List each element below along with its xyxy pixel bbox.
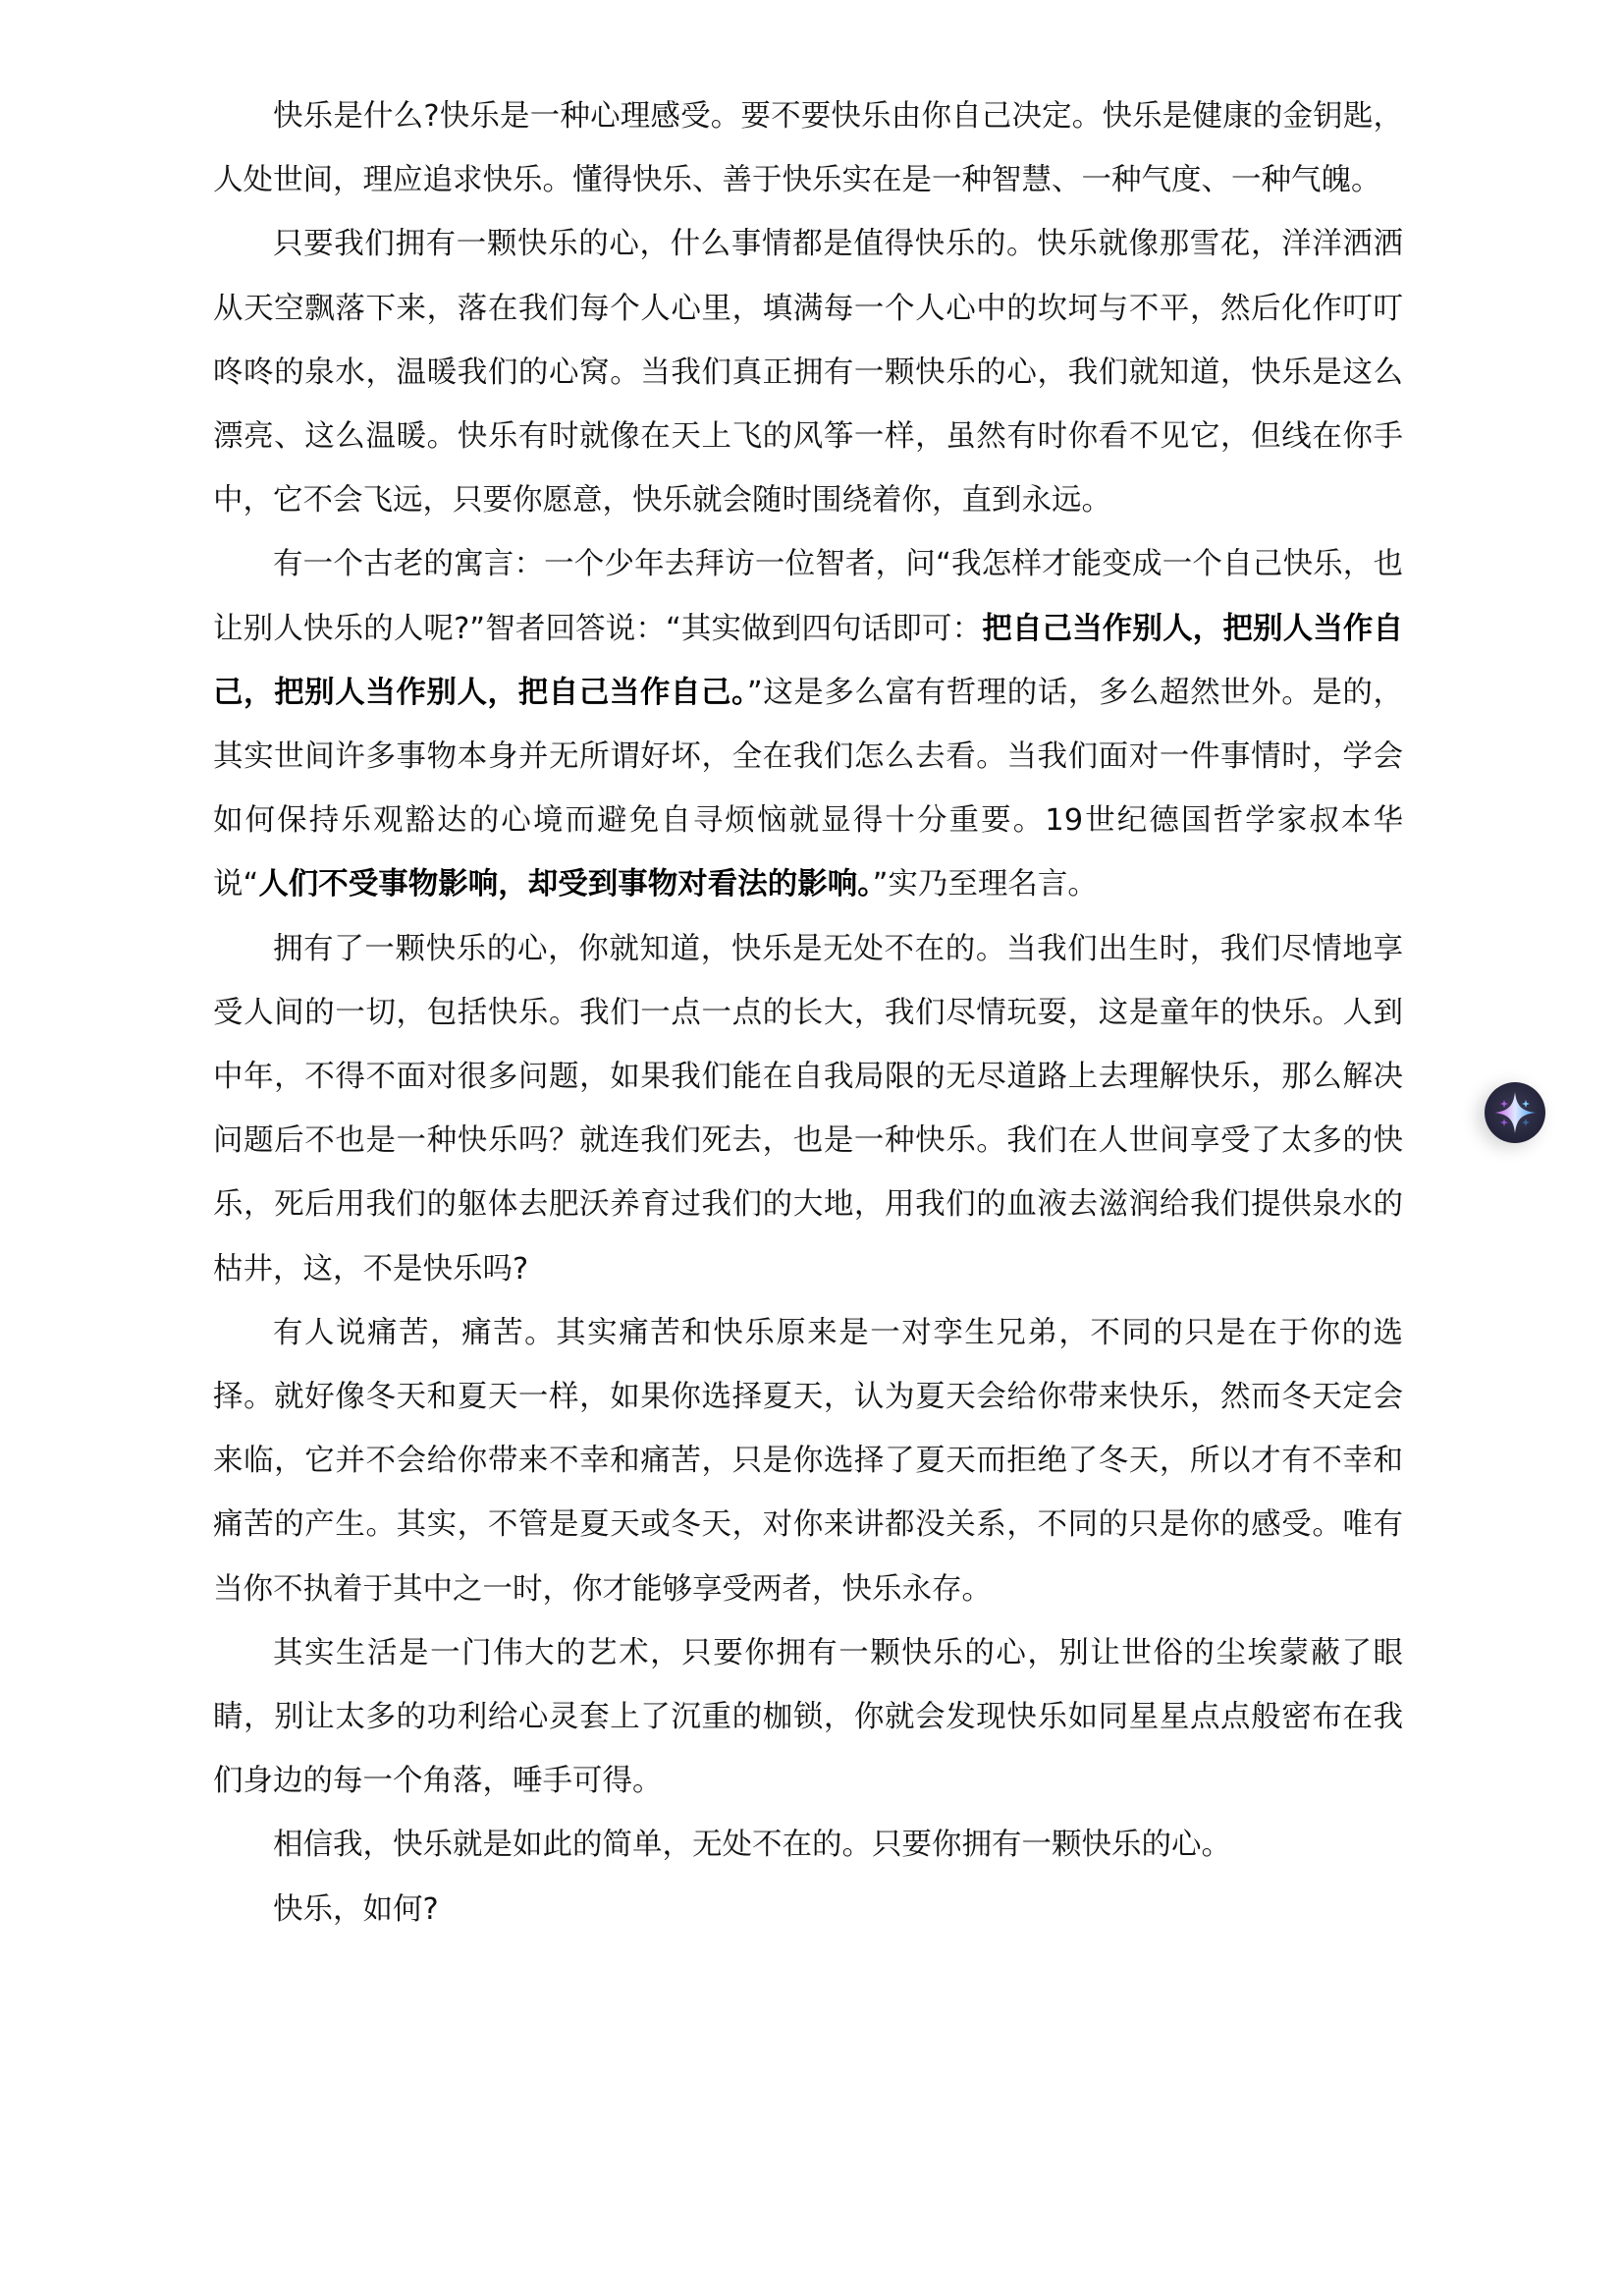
text-segment: 相信我，快乐就是如此的简单，无处不在的。只要你拥有一颗快乐的心。 xyxy=(273,1828,1231,1862)
ai-sparkle-icon xyxy=(1490,1088,1540,1137)
ai-assistant-button[interactable] xyxy=(1485,1082,1545,1143)
bold-quote: 人们不受事物影响，却受到事物对看法的影响。 xyxy=(258,867,872,902)
paragraph-2: 只要我们拥有一颗快乐的心，什么事情都是值得快乐的。快乐就像那雪花，洋洋洒洒从天空… xyxy=(213,212,1403,532)
paragraph-4: 拥有了一颗快乐的心，你就知道，快乐是无处不在的。当我们出生时，我们尽情地享受人间… xyxy=(213,917,1403,1301)
paragraph-1: 快乐是什么?快乐是一种心理感受。要不要快乐由你自己决定。快乐是健康的金钥匙，人处… xyxy=(213,84,1403,212)
text-segment: 快乐，如何? xyxy=(273,1892,439,1927)
text-segment: ”实乃至理名言。 xyxy=(873,867,1098,902)
paragraph-8: 快乐，如何? xyxy=(213,1878,1403,1941)
paragraph-6: 其实生活是一门伟大的艺术，只要你拥有一颗快乐的心，别让世俗的尘埃蒙蔽了眼睛，别让… xyxy=(213,1621,1403,1814)
text-segment: 快乐是什么?快乐是一种心理感受。要不要快乐由你自己决定。快乐是健康的金钥匙，人处… xyxy=(213,99,1403,197)
text-segment: 其实生活是一门伟大的艺术，只要你拥有一颗快乐的心，别让世俗的尘埃蒙蔽了眼睛，别让… xyxy=(213,1636,1403,1798)
text-segment: 拥有了一颗快乐的心，你就知道，快乐是无处不在的。当我们出生时，我们尽情地享受人间… xyxy=(213,932,1403,1286)
text-segment: 只要我们拥有一颗快乐的心，什么事情都是值得快乐的。快乐就像那雪花，洋洋洒洒从天空… xyxy=(213,227,1403,518)
paragraph-7: 相信我，快乐就是如此的简单，无处不在的。只要你拥有一颗快乐的心。 xyxy=(213,1813,1403,1877)
paragraph-5: 有人说痛苦，痛苦。其实痛苦和快乐原来是一对孪生兄弟，不同的只是在于你的选择。就好… xyxy=(213,1301,1403,1621)
document-body: 快乐是什么?快乐是一种心理感受。要不要快乐由你自己决定。快乐是健康的金钥匙，人处… xyxy=(213,84,1403,1941)
paragraph-3: 有一个古老的寓言：一个少年去拜访一位智者，问“我怎样才能变成一个自己快乐，也让别… xyxy=(213,532,1403,916)
text-segment: 有人说痛苦，痛苦。其实痛苦和快乐原来是一对孪生兄弟，不同的只是在于你的选择。就好… xyxy=(213,1316,1403,1607)
